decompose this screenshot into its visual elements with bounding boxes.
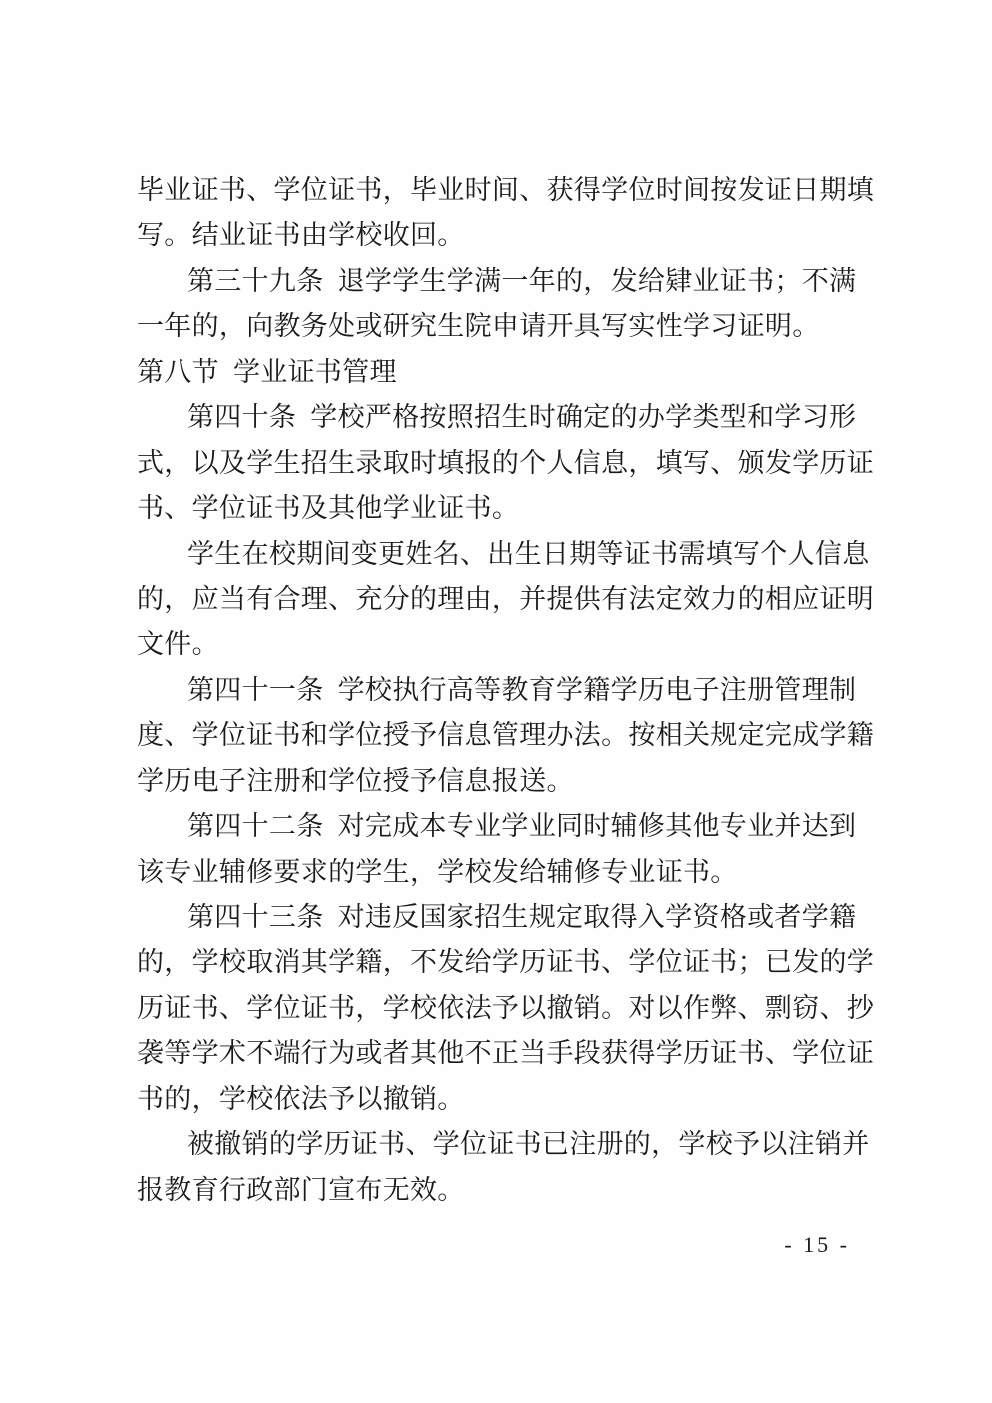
text-line: 书、学位证书及其他学业证书。 <box>137 486 869 531</box>
section-heading: 第八节 学业证书管理 <box>137 350 869 395</box>
text-line: 报教育行政部门宣布无效。 <box>137 1168 869 1213</box>
text-line: 第四十二条 对完成本专业学业同时辅修其他专业并达到 <box>137 804 869 849</box>
text-line: 第四十三条 对违反国家招生规定取得入学资格或者学籍 <box>137 895 869 940</box>
text-line: 历证书、学位证书，学校依法予以撤销。对以作弊、剽窃、抄 <box>137 986 869 1031</box>
text-block: 毕业证书、学位证书，毕业时间、获得学位时间按发证日期填写。结业证书由学校收回。第… <box>137 168 869 1213</box>
text-line: 书的，学校依法予以撤销。 <box>137 1077 869 1122</box>
text-line: 式，以及学生招生录取时填报的个人信息，填写、颁发学历证 <box>137 441 869 486</box>
text-line: 学生在校期间变更姓名、出生日期等证书需填写个人信息 <box>137 532 869 577</box>
text-line: 被撤销的学历证书、学位证书已注册的，学校予以注销并 <box>137 1122 869 1167</box>
document-page: 毕业证书、学位证书，毕业时间、获得学位时间按发证日期填写。结业证书由学校收回。第… <box>0 0 992 1403</box>
text-line: 写。结业证书由学校收回。 <box>137 213 869 258</box>
text-line: 第四十条 学校严格按照招生时确定的办学类型和学习形 <box>137 395 869 440</box>
text-line: 的，应当有合理、充分的理由，并提供有法定效力的相应证明 <box>137 577 869 622</box>
text-line: 学历电子注册和学位授予信息报送。 <box>137 759 869 804</box>
text-line: 第四十一条 学校执行高等教育学籍学历电子注册管理制 <box>137 668 869 713</box>
text-line: 一年的，向教务处或研究生院申请开具写实性学习证明。 <box>137 304 869 349</box>
text-line: 的，学校取消其学籍，不发给学历证书、学位证书；已发的学 <box>137 940 869 985</box>
text-line: 文件。 <box>137 622 869 667</box>
text-line: 该专业辅修要求的学生，学校发给辅修专业证书。 <box>137 850 869 895</box>
text-line: 毕业证书、学位证书，毕业时间、获得学位时间按发证日期填 <box>137 168 869 213</box>
text-line: 第三十九条 退学学生学满一年的，发给肄业证书；不满 <box>137 259 869 304</box>
text-line: 度、学位证书和学位授予信息管理办法。按相关规定完成学籍 <box>137 713 869 758</box>
page-number: - 15 - <box>784 1222 850 1267</box>
text-line: 袭等学术不端行为或者其他不正当手段获得学历证书、学位证 <box>137 1031 869 1076</box>
